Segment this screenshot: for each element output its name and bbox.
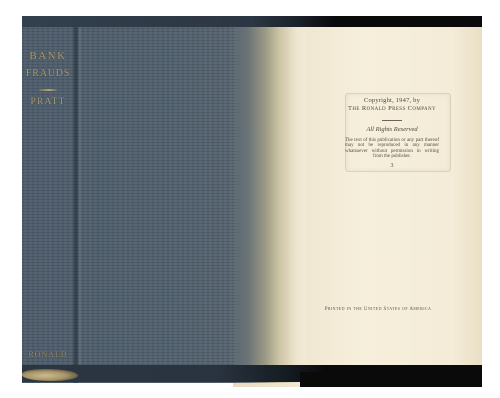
reproduction-notice: The text of this publication or any part…	[345, 138, 439, 159]
printed-in-usa-line: Printed in the United States of America	[320, 306, 436, 312]
top-scan-edge	[22, 16, 482, 27]
book-photo: Copyright, 1947, by The Ronald Press Com…	[0, 0, 500, 398]
bottom-black-bar	[300, 372, 482, 387]
rights-reserved-line: All Rights Reserved	[336, 126, 448, 133]
spine-title-line1: BANK	[22, 50, 74, 62]
spine-title-line2: FRAUDS	[22, 68, 74, 79]
divider-rule	[382, 120, 402, 121]
spine-publisher: RONALD	[22, 350, 74, 359]
copyright-line: Copyright, 1947, by	[336, 97, 448, 105]
copyright-block: Copyright, 1947, by The Ronald Press Com…	[336, 97, 448, 169]
spine-hinge-highlight	[79, 17, 81, 383]
spine-ornament-rule	[39, 89, 57, 91]
publisher-name: The Ronald Press Company	[336, 105, 448, 113]
printers-mark: 3	[336, 163, 448, 169]
spine-foot-wear	[22, 369, 78, 381]
spine-author: PRATT	[22, 97, 74, 107]
